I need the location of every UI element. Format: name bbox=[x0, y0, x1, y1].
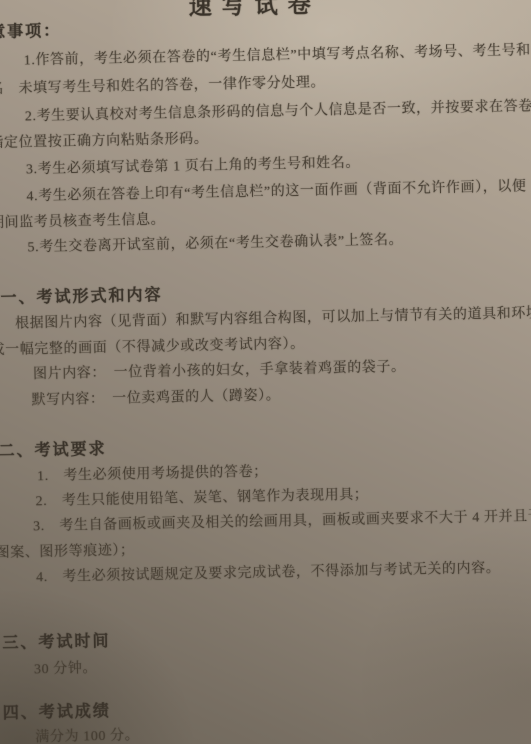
section-1-paragraph-2: 成一幅完整的画面（不得减少或改变考试内容）。 bbox=[0, 333, 305, 359]
page-title: 速写试卷 bbox=[188, 0, 321, 21]
notice-line-5: 5.考生交卷离开试室前，必须在“考生交卷确认表”上签名。 bbox=[27, 229, 403, 257]
notice-line-1-cont: 名 未填写考生号和姓名的答卷，一律作零分处理。 bbox=[0, 71, 325, 98]
notice-line-3: 3.考生必须填写试卷第 1 页右上角的考生号和姓名。 bbox=[26, 152, 360, 179]
notice-line-4: 4.考生必须在答卷上印有“考生信息栏”的这一面作画（背面不允许作画），以便 bbox=[26, 175, 526, 205]
section-1-heading: 一、考试形式和内容 bbox=[0, 282, 162, 308]
full-score-line: 满分为 100 分。 bbox=[35, 724, 139, 744]
requirement-4: 4. 考生必须按试题规定及要求完成试卷，不得添加与考试无关的内容。 bbox=[36, 557, 501, 586]
requirement-1: 1. 考生必须使用考场提供的答卷； bbox=[37, 461, 268, 486]
notice-header: 意事项： bbox=[0, 18, 61, 42]
picture-content-line: 图片内容： 一位背着小孩的妇女，手拿装着鸡蛋的袋子。 bbox=[33, 356, 406, 383]
section-4-heading: 四、考试成绩 bbox=[3, 698, 111, 723]
memory-content-line: 默写内容： 一位卖鸡蛋的人（蹲姿）。 bbox=[31, 384, 280, 409]
notice-line-1: 1.作答前，考生必须在答卷的“考生信息栏”中填写考点名称、考场号、考生号和 bbox=[24, 39, 531, 69]
section-2-heading: 二、考试要求 bbox=[0, 436, 107, 461]
requirement-2: 2. 考生只能使用铅笔、炭笔、钢笔作为表现用具； bbox=[35, 484, 368, 511]
exam-paper-sheet: 速写试卷 意事项： 1.作答前，考生必须在答卷的“考生信息栏”中填写考点名称、考… bbox=[0, 0, 531, 744]
notice-line-2-cont: 指定位置按正确方向粘贴条形码。 bbox=[0, 128, 209, 152]
notice-line-2: 2.考生要认真校对考生信息条形码的信息与个人信息是否一致，并按要求在答卷背 bbox=[25, 95, 531, 125]
requirement-3-cont: 图案、图形等痕迹）； bbox=[0, 539, 135, 562]
section-1-paragraph-1: 根据图片内容（见背面）和默写内容组合构图，可以加上与情节有关的道具和环境 bbox=[15, 302, 531, 333]
exam-duration-line: 30 分钟。 bbox=[34, 657, 97, 678]
notice-line-4-cont: 期间监考员核查考生信息。 bbox=[0, 209, 165, 233]
requirement-3: 3. 考生自备画板或画夹及相关的绘画用具，画板或画夹要求不大于 4 开并且干净 bbox=[33, 505, 531, 536]
section-3-heading: 三、考试时间 bbox=[2, 628, 110, 653]
